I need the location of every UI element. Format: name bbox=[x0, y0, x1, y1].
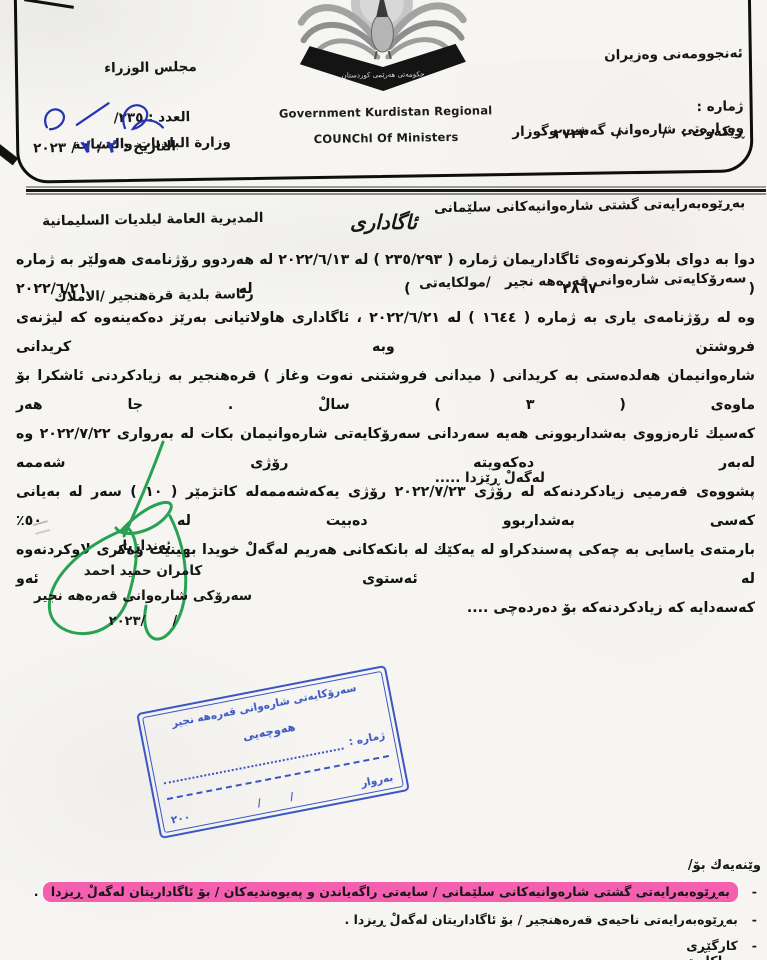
date-slash: / bbox=[97, 139, 102, 155]
date-slash: / bbox=[616, 125, 621, 141]
date-year: ٢٠٢٣ bbox=[33, 139, 66, 156]
signature-date: / /٢٠٢٣ bbox=[8, 609, 278, 634]
stamp-date-value: ٢٠٠ bbox=[170, 811, 191, 826]
distribution-item-text: بەڕێوەبەرایەتی گشتی شارەوانیەکانی سلێمان… bbox=[34, 884, 738, 899]
stamp-inner-border: سەرۆکایەتی شارەوانی قەرەهە نجیر هەوچەیی … bbox=[142, 671, 404, 833]
date-label-kurdish: ڕێکەوت : bbox=[682, 123, 745, 140]
krg-eagle-emblem-logo: حکومەتی هەرێمی کوردستان bbox=[294, 0, 472, 102]
emblem-banner-text: حکومەتی هەرێمی کوردستان bbox=[342, 70, 425, 79]
distribution-item-text: کارگێڕی bbox=[686, 938, 738, 953]
handwritten-month: ٧ bbox=[79, 136, 94, 159]
bullet-dash: - bbox=[752, 912, 757, 927]
distribution-item-text: بەڕێوەبەرایەتی ناحیەی قەرەهنجیر / بۆ ئاگ… bbox=[344, 912, 737, 927]
pink-highlighted-text: بەڕێوەبەرایەتی گشتی شارەوانیەکانی سلێمان… bbox=[43, 882, 738, 902]
stamp-date-row: بەروار / / ٢٠٠ bbox=[170, 772, 394, 827]
date-label-arabic: التاريخ : bbox=[123, 138, 176, 155]
copy-to-heading: وێنەیەك بۆ/ bbox=[688, 858, 761, 873]
bullet-dash: - bbox=[752, 884, 757, 899]
date-row-arabic: التاريخ : ٢ / ٧ / ٢٠٢٣ bbox=[33, 135, 176, 158]
body-line: دوا بە دوای بلاوکرنەوەی ئاگاداریمان ژمار… bbox=[16, 246, 755, 304]
handwritten-day: ٢ bbox=[105, 135, 120, 158]
stamp-date-label: بەروار bbox=[360, 772, 394, 790]
distribution-item: - کارگێڕی bbox=[686, 938, 757, 953]
stamp-date-slashes: / / bbox=[256, 791, 295, 810]
scanned-official-letter: ئەنجوومەنی وەزیران وەزارەتی شارەوانی گەش… bbox=[0, 0, 767, 960]
distribution-item: - بەڕێوەبەرایەتی گشتی شارەوانیەکانی سلێم… bbox=[34, 884, 757, 899]
item-suffix: . bbox=[34, 884, 43, 899]
distribution-item: - بەڕێوەبەرایەتی ناحیەی قەرەهنجیر / بۆ ئ… bbox=[344, 912, 757, 927]
arabic-line: مجلس الوزراء bbox=[28, 54, 273, 83]
letterhead-box: ئەنجوومەنی وەزیران وەزارەتی شارەوانی گەش… bbox=[13, 0, 753, 184]
distribution-item-cut-off: - مولکایەتی bbox=[676, 953, 757, 960]
body-line: شارەوانیمان هەلدەستی بە کریدانی ( میدانی… bbox=[16, 362, 755, 420]
signatory-name: کامران حمید احمد bbox=[8, 559, 278, 584]
body-line: وە لە رۆژنامەی یاری بە ژمارە ( ١٦٤٤ ) لە… bbox=[16, 304, 755, 362]
stamp-number-label: ژمارە : bbox=[348, 729, 386, 748]
bullet-dash: - bbox=[752, 953, 757, 960]
date-slash: / bbox=[662, 125, 667, 141]
distribution-item-text: مولکایەتی bbox=[676, 953, 738, 960]
header-separator-rule bbox=[26, 186, 766, 195]
bullet-dash: - bbox=[752, 938, 757, 953]
ref-number-value: ٢٧٢٣ bbox=[554, 126, 587, 143]
ref-number-label-kurdish: ژمارە : bbox=[696, 98, 743, 115]
signatory-role: سەرۆکی شارەوانی قەرەهە نجیر bbox=[8, 584, 278, 609]
municipality-ink-stamp: سەرۆکایەتی شارەوانی قەرەهە نجیر هەوچەیی … bbox=[136, 665, 410, 839]
signature-block: ئەندازیار کامران حمید احمد سەرۆکی شارەوا… bbox=[8, 534, 278, 634]
document-title: ئاگاداری bbox=[0, 210, 767, 234]
date-slash: / bbox=[71, 139, 76, 155]
closing-salutation: لەگەلْ ڕێزدا ..... bbox=[435, 470, 545, 486]
signatory-title: ئەندازیار bbox=[8, 534, 278, 559]
